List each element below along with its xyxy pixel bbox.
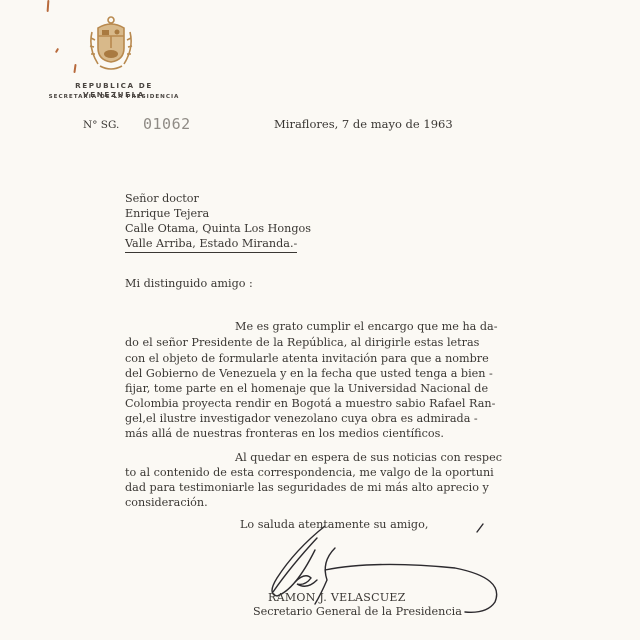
body-line: Al quedar en espera de sus noticias con … xyxy=(235,450,640,466)
letter-page: REPUBLICA DE VENEZUELA SECRETARIA DE LA … xyxy=(0,0,640,640)
paper-stain xyxy=(73,64,76,73)
body-line: Me es grato cumplir el encargo que me ha… xyxy=(235,319,640,335)
body-line: do el señor Presidente de la República, … xyxy=(125,335,535,351)
reference-label: N° SG. xyxy=(83,119,119,131)
recipient-title: Señor doctor xyxy=(125,191,199,207)
paper-stain xyxy=(55,48,59,53)
coat-of-arms-icon xyxy=(86,14,136,74)
salutation: Mi distinguido amigo : xyxy=(125,277,253,290)
body-line: con el objeto de formularle atenta invit… xyxy=(125,351,535,367)
date-line: Miraflores, 7 de mayo de 1963 xyxy=(274,117,453,131)
body-line: consideración. xyxy=(125,495,535,511)
recipient-address-2: Valle Arriba, Estado Miranda.- xyxy=(125,236,297,253)
paper-stain xyxy=(47,0,50,12)
body-line: gel,el ilustre investigador venezolano c… xyxy=(125,411,535,427)
signer-title: Secretario General de la Presidencia xyxy=(253,605,462,618)
body-line: dad para testimoniarle las seguridades d… xyxy=(125,480,535,496)
body-line: fijar, tome parte en el homenaje que la … xyxy=(125,381,535,397)
body-line: to al contenido de esta correspondencia,… xyxy=(125,465,535,481)
reference-number: 01062 xyxy=(143,115,191,133)
body-line: más allá de nuestras fronteras en los me… xyxy=(125,426,535,442)
body-line: Colombia proyecta rendir en Bogotá a mue… xyxy=(125,396,535,412)
recipient-address-1: Calle Otama, Quinta Los Hongos xyxy=(125,221,311,237)
body-line: del Gobierno de Venezuela y en la fecha … xyxy=(125,366,535,382)
signer-name: RAMON J. VELASCUEZ xyxy=(268,591,406,604)
letterhead-office: SECRETARIA DE LA PRESIDENCIA xyxy=(44,94,184,100)
recipient-name: Enrique Tejera xyxy=(125,206,209,222)
